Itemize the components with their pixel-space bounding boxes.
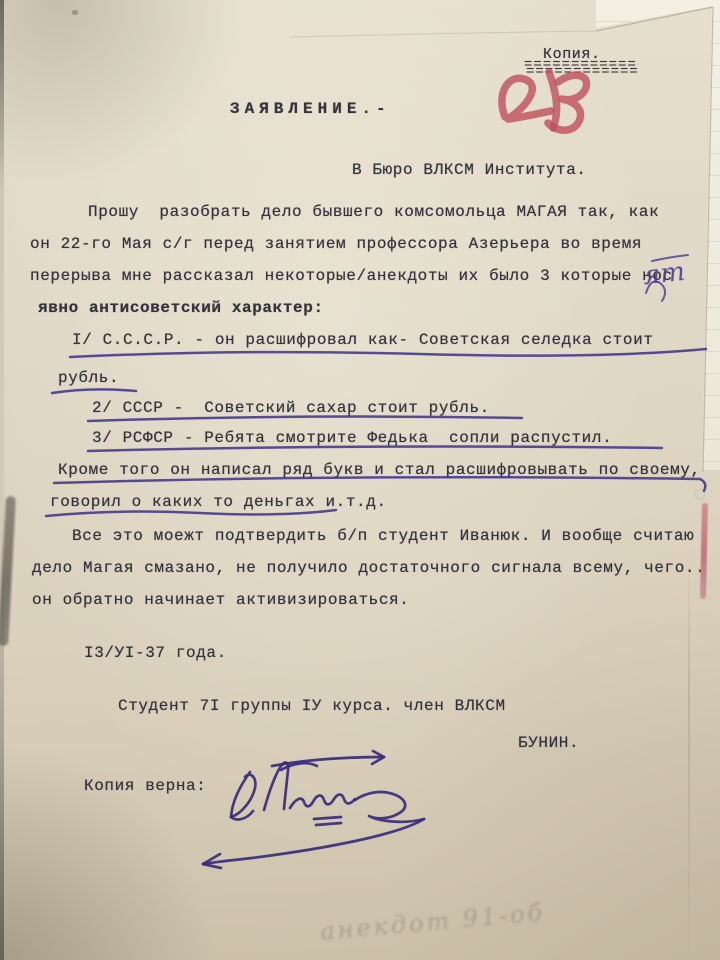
paragraph-line: он 22-го Мая с/г перед занятием профессо… bbox=[30, 235, 642, 253]
certification-label: Копия верна: bbox=[84, 777, 206, 795]
paragraph-line: дело Магая смазано, не получило достаточ… bbox=[32, 559, 705, 577]
paragraph-line: перерыва мне рассказал некоторые/анекдот… bbox=[30, 267, 673, 285]
paper-crease bbox=[688, 560, 690, 960]
signer-line: Студент 7I группы IУ курса. член ВЛКСМ bbox=[118, 697, 506, 715]
signer-name: БУНИН. bbox=[518, 734, 579, 752]
paragraph-line: он обратно начинает активизироваться. bbox=[32, 591, 409, 609]
paragraph-line: Кроме того он написал ряд букв и стал ра… bbox=[58, 461, 701, 479]
paragraph-line: Все это моежт подтвердить б/п студент Ив… bbox=[72, 527, 694, 545]
document-scan: Копия. ============ ============ ЗАЯВЛЕН… bbox=[0, 0, 720, 960]
page-title: ЗАЯВЛЕНИЕ.- bbox=[230, 100, 391, 118]
list-item-line: рубль. bbox=[58, 369, 119, 387]
addressee-line: В Бюро ВЛКСМ Института. bbox=[352, 161, 587, 179]
list-item-line: 2/ СССР - Советский сахар стоит рубль. bbox=[92, 399, 490, 417]
paper-speck bbox=[72, 10, 78, 15]
list-item-line: I/ С.С.С.Р. - он расшифровал как- Советс… bbox=[72, 331, 654, 349]
list-item-line: 3/ РСФСР - Ребята смотрите Федька сопли … bbox=[92, 429, 612, 447]
paragraph-line: явно антисоветский характер: bbox=[38, 299, 324, 317]
paper-blemish bbox=[696, 490, 704, 499]
paragraph-line: Прошу разобрать дело бывшего комсомольца… bbox=[88, 203, 659, 221]
ink-correction: ят bbox=[642, 257, 687, 291]
paper-sheet bbox=[0, 0, 720, 960]
paper-left-edge bbox=[0, 0, 4, 960]
paragraph-line: говорил о каких то деньгах и.т.д. bbox=[50, 493, 387, 511]
copy-underline: ============ bbox=[526, 69, 639, 75]
date-line: I3/УI-37 года. bbox=[84, 644, 227, 662]
